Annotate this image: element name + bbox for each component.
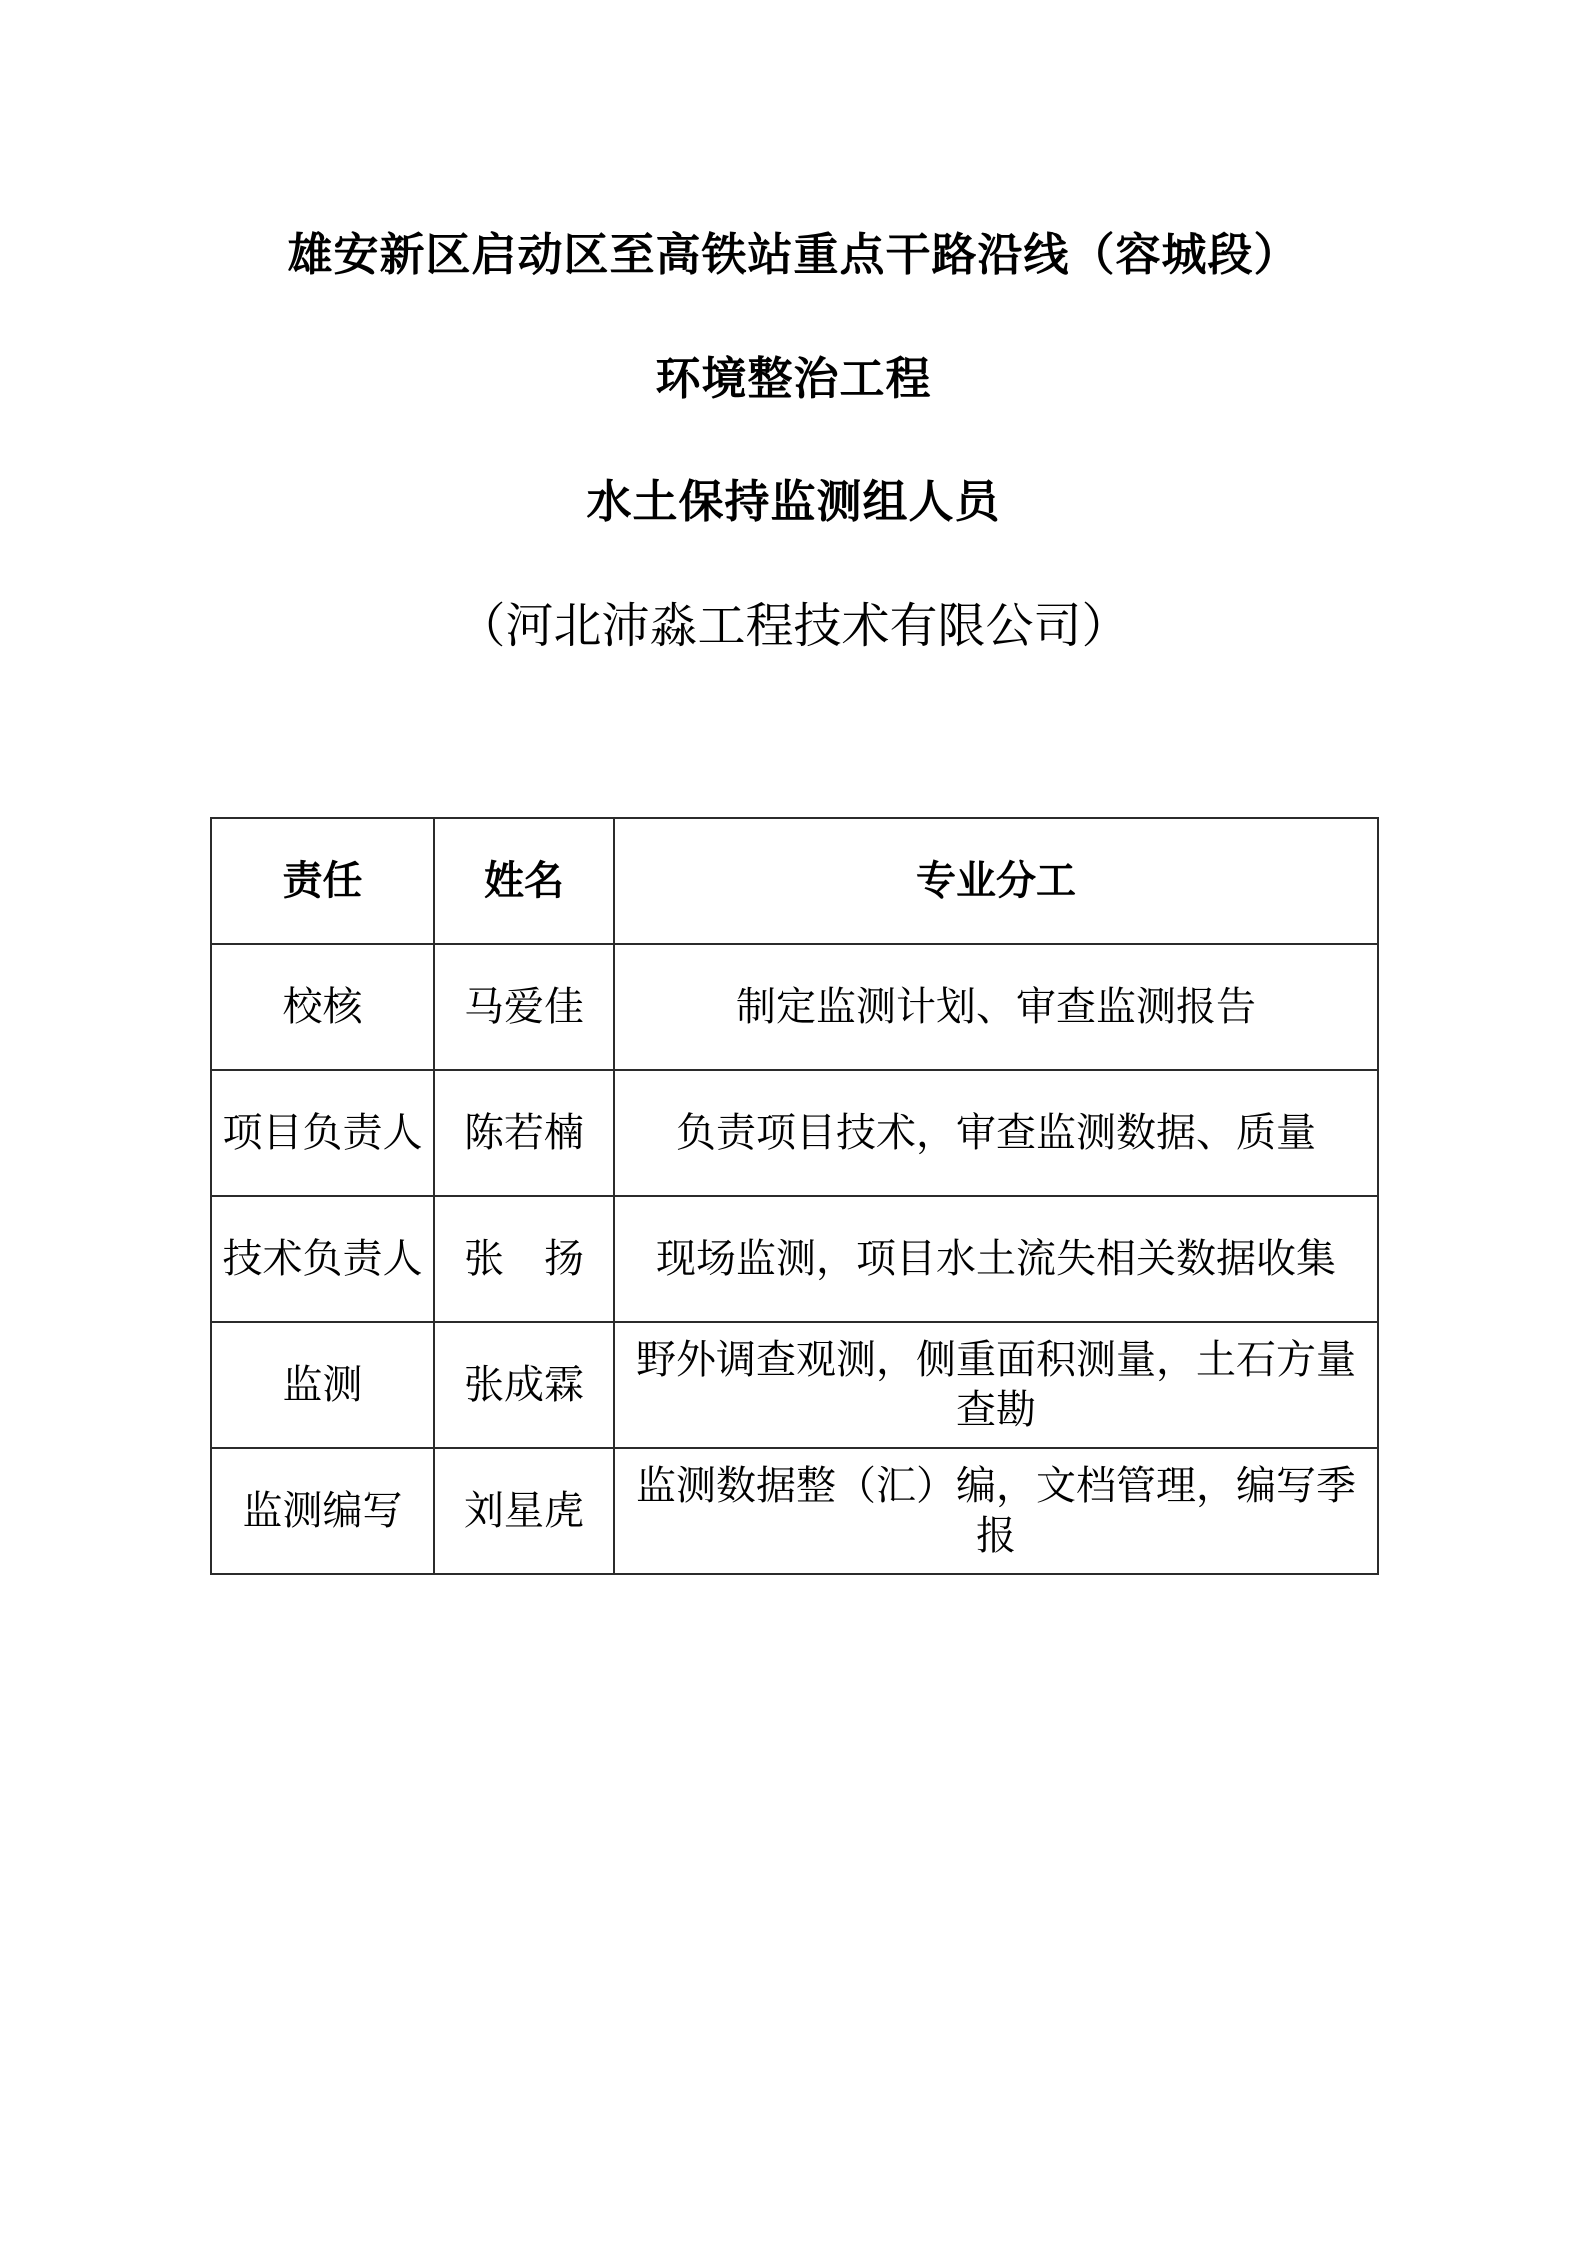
cell-name: 刘星虎 bbox=[434, 1448, 614, 1574]
col-header-duty: 专业分工 bbox=[614, 818, 1378, 944]
document-title-line-1: 雄安新区启动区至高铁站重点干路沿线（容城段） bbox=[0, 228, 1587, 282]
table-row: 校核 马爱佳 制定监测计划、审查监测报告 bbox=[211, 944, 1378, 1070]
personnel-table: 责任 姓名 专业分工 校核 马爱佳 制定监测计划、审查监测报告 项目负责人 陈若… bbox=[210, 817, 1379, 1575]
document-page: 雄安新区启动区至高铁站重点干路沿线（容城段） 环境整治工程 水土保持监测组人员 … bbox=[0, 0, 1587, 2245]
table-row: 监测 张成霖 野外调查观测，侧重面积测量，土石方量查勘 bbox=[211, 1322, 1378, 1448]
table-row: 监测编写 刘星虎 监测数据整（汇）编，文档管理，编写季报 bbox=[211, 1448, 1378, 1574]
cell-role: 校核 bbox=[211, 944, 434, 1070]
cell-role: 监测编写 bbox=[211, 1448, 434, 1574]
cell-name: 张成霖 bbox=[434, 1322, 614, 1448]
table-header-row: 责任 姓名 专业分工 bbox=[211, 818, 1378, 944]
cell-name: 陈若楠 bbox=[434, 1070, 614, 1196]
cell-duty: 制定监测计划、审查监测报告 bbox=[614, 944, 1378, 1070]
cell-duty: 负责项目技术，审查监测数据、质量 bbox=[614, 1070, 1378, 1196]
cell-duty: 现场监测，项目水土流失相关数据收集 bbox=[614, 1196, 1378, 1322]
table-row: 技术负责人 张 扬 现场监测，项目水土流失相关数据收集 bbox=[211, 1196, 1378, 1322]
company-subtitle: （河北沛淼工程技术有限公司） bbox=[0, 598, 1587, 656]
cell-name: 马爱佳 bbox=[434, 944, 614, 1070]
cell-duty: 野外调查观测，侧重面积测量，土石方量查勘 bbox=[614, 1322, 1378, 1448]
col-header-name: 姓名 bbox=[434, 818, 614, 944]
col-header-role: 责任 bbox=[211, 818, 434, 944]
cell-role: 技术负责人 bbox=[211, 1196, 434, 1322]
document-title-line-3: 水土保持监测组人员 bbox=[0, 475, 1587, 529]
cell-duty: 监测数据整（汇）编，文档管理，编写季报 bbox=[614, 1448, 1378, 1574]
document-title-line-2: 环境整治工程 bbox=[0, 352, 1587, 406]
table-row: 项目负责人 陈若楠 负责项目技术，审查监测数据、质量 bbox=[211, 1070, 1378, 1196]
cell-role: 监测 bbox=[211, 1322, 434, 1448]
cell-name: 张 扬 bbox=[434, 1196, 614, 1322]
cell-role: 项目负责人 bbox=[211, 1070, 434, 1196]
